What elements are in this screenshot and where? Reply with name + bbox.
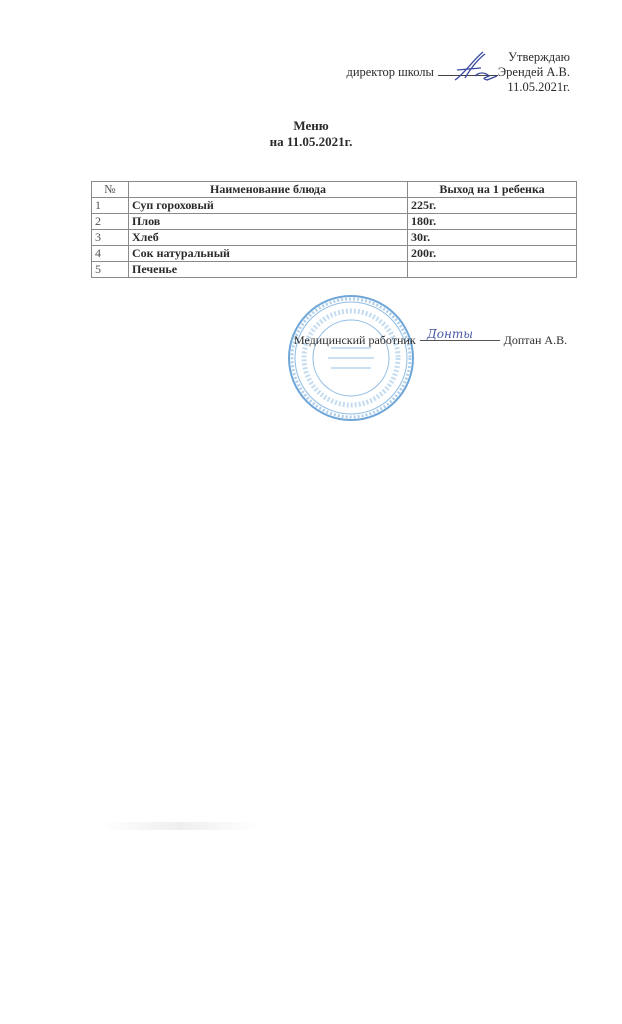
- row-dish: Плов: [129, 214, 408, 230]
- row-output: 180г.: [408, 214, 577, 230]
- row-output: 225г.: [408, 198, 577, 214]
- medic-signature: Донты: [427, 327, 473, 341]
- header-output: Выход на 1 ребенка: [408, 182, 577, 198]
- approval-role: директор школы: [346, 65, 433, 79]
- table-row: 1 Суп гороховый 225г.: [92, 198, 577, 214]
- table-row: 2 Плов 180г.: [92, 214, 577, 230]
- menu-table: № Наименование блюда Выход на 1 ребенка …: [91, 181, 577, 278]
- header-number: №: [92, 182, 129, 198]
- row-dish: Суп гороховый: [129, 198, 408, 214]
- table-header-row: № Наименование блюда Выход на 1 ребенка: [92, 182, 577, 198]
- table-row: 5 Печенье: [92, 262, 577, 278]
- row-dish: Сок натуральный: [129, 246, 408, 262]
- scan-smudge: [100, 822, 260, 830]
- row-output: [408, 262, 577, 278]
- row-dish: Хлеб: [129, 230, 408, 246]
- table-row: 4 Сок натуральный 200г.: [92, 246, 577, 262]
- medic-signature-block: Медицинский работникДоптан А.В. Донты: [294, 333, 567, 348]
- table-row: 3 Хлеб 30г.: [92, 230, 577, 246]
- header-dish: Наименование блюда: [129, 182, 408, 198]
- row-number: 5: [92, 262, 129, 278]
- row-number: 2: [92, 214, 129, 230]
- row-number: 3: [92, 230, 129, 246]
- school-stamp-icon: [286, 293, 416, 423]
- page-title: Меню: [0, 118, 622, 134]
- row-number: 4: [92, 246, 129, 262]
- approval-name: Эрендей А.В.: [498, 65, 570, 79]
- row-number: 1: [92, 198, 129, 214]
- page-subtitle-date: на 11.05.2021г.: [0, 134, 622, 150]
- medic-name: Доптан А.В.: [504, 333, 567, 347]
- row-output: 200г.: [408, 246, 577, 262]
- row-output: 30г.: [408, 230, 577, 246]
- row-dish: Печенье: [129, 262, 408, 278]
- medic-role: Медицинский работник: [294, 333, 416, 347]
- director-signature-icon: [435, 48, 505, 88]
